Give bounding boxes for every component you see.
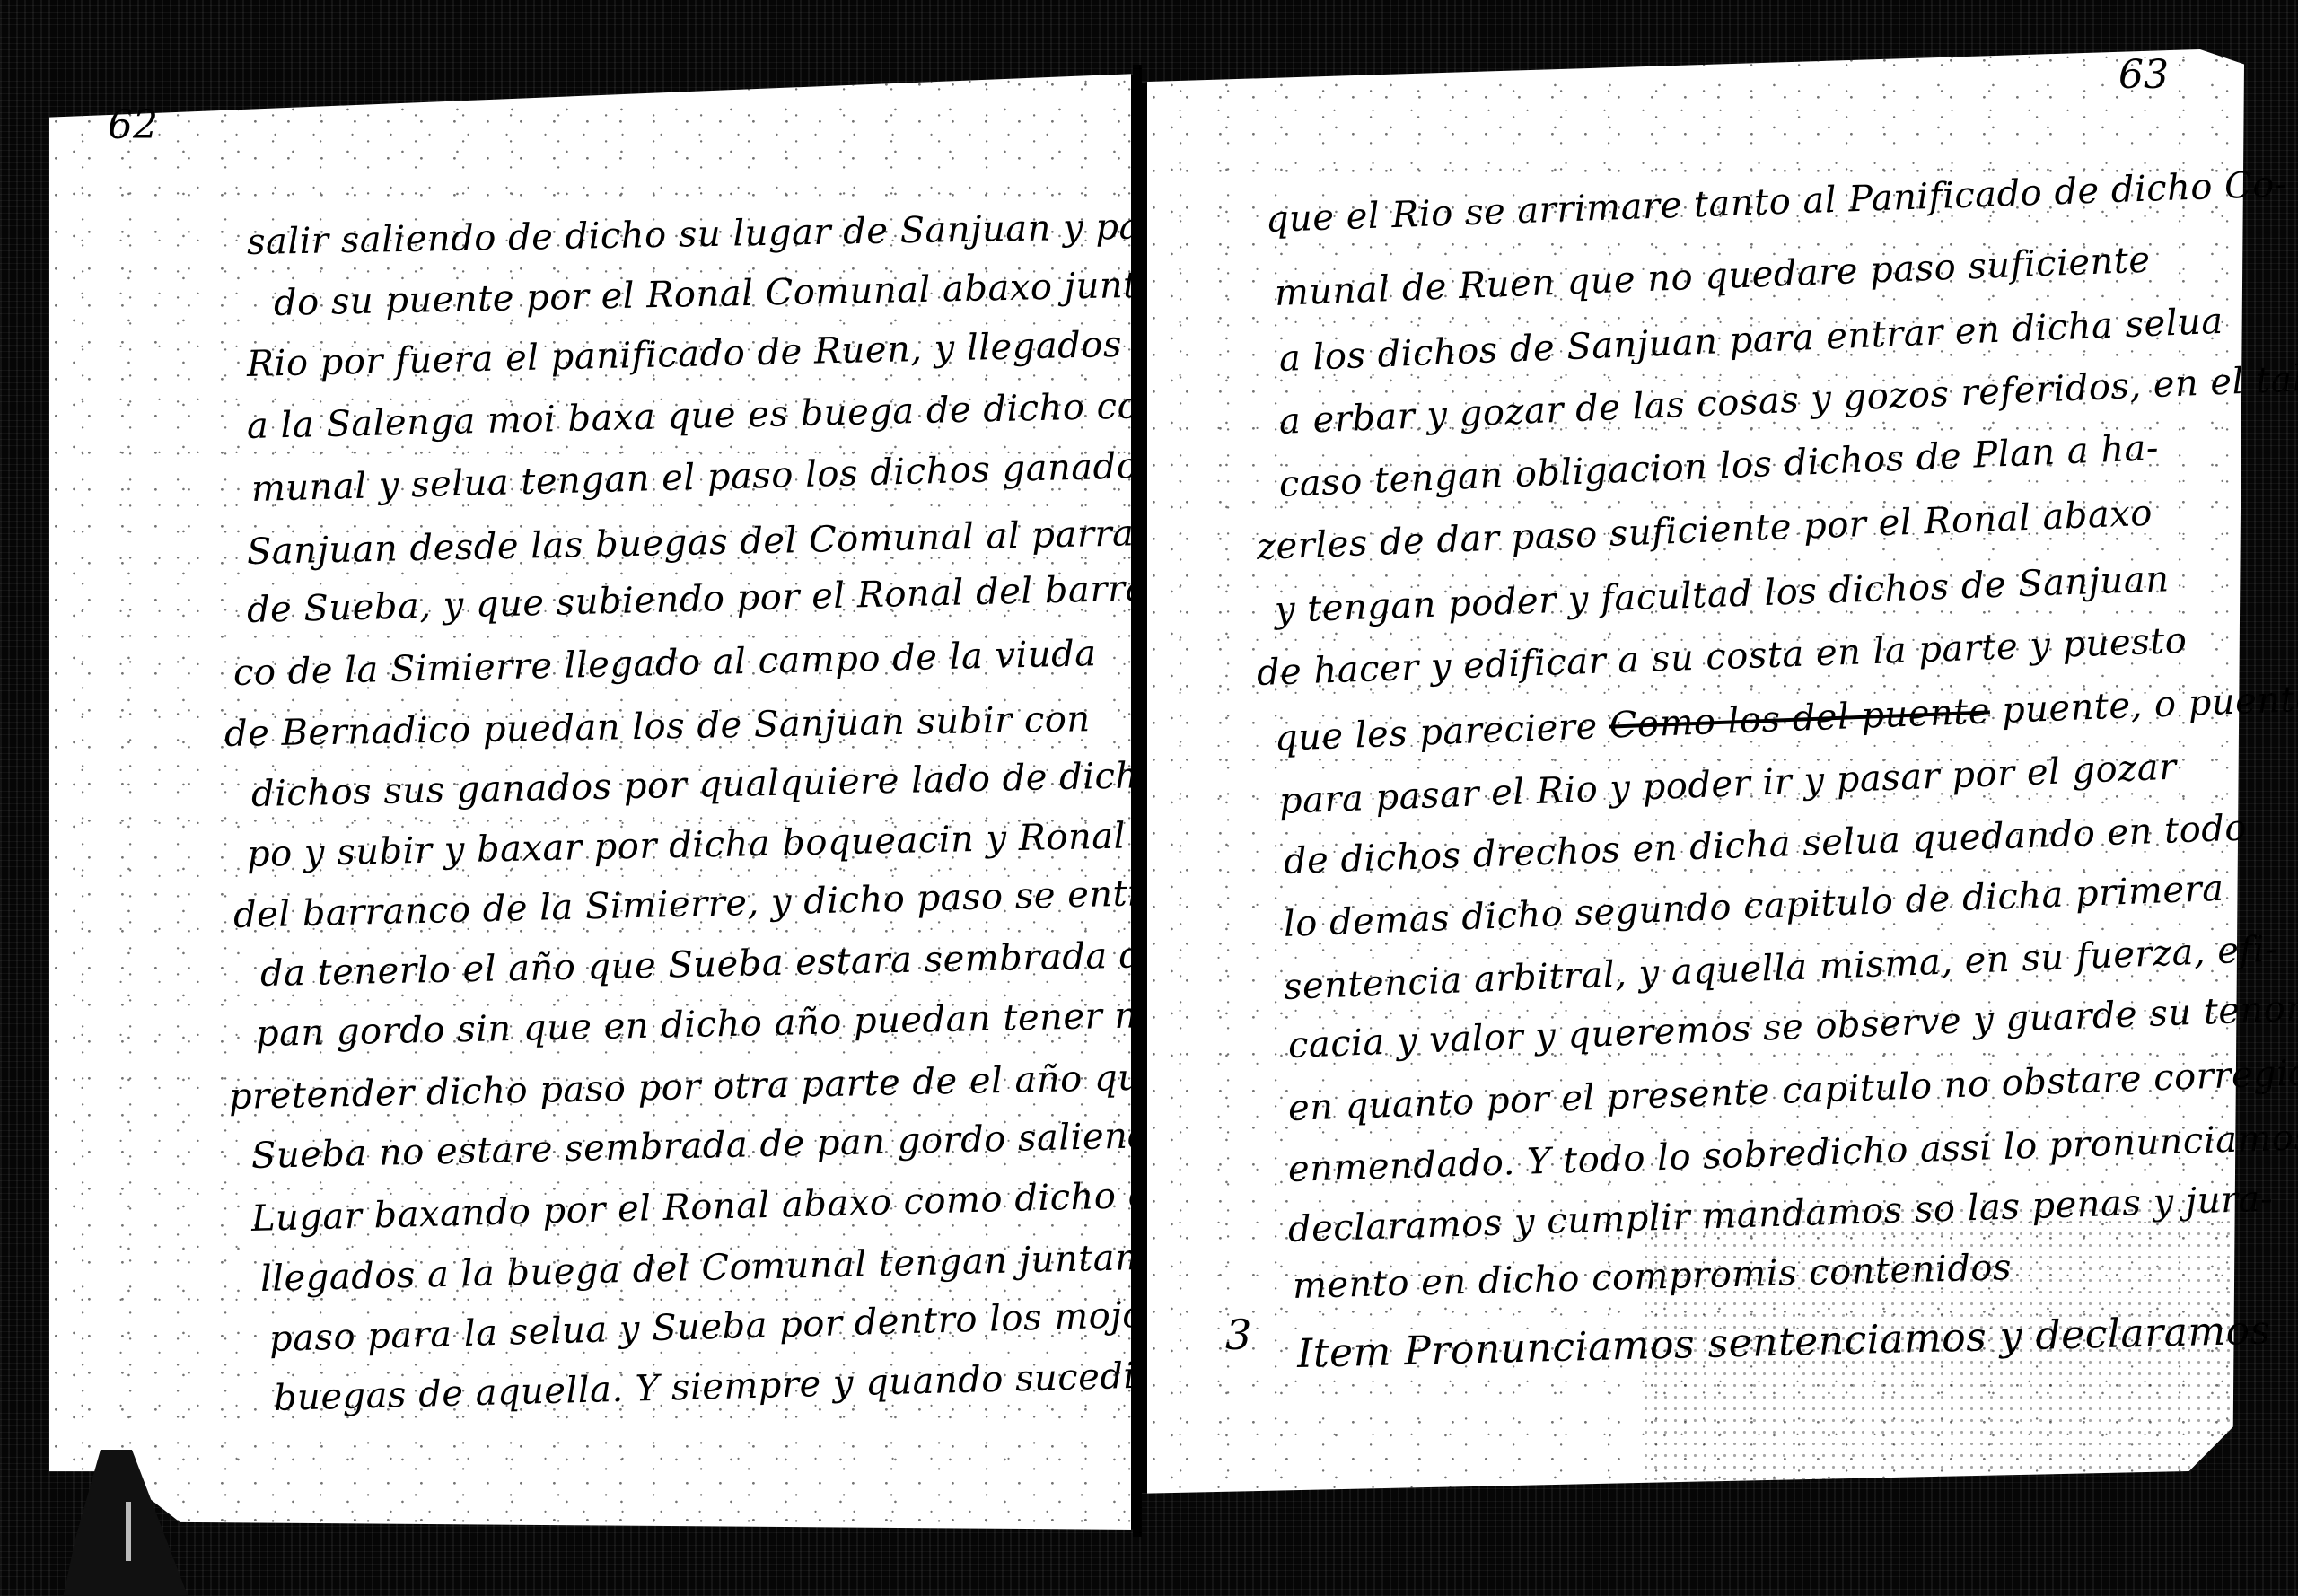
right-folio-number: 63 [2118,56,2169,95]
left-folio-number: 62 [108,106,158,145]
book-binding-gutter [1133,65,1142,1537]
margin-item-number: 3 [1225,1311,1251,1359]
